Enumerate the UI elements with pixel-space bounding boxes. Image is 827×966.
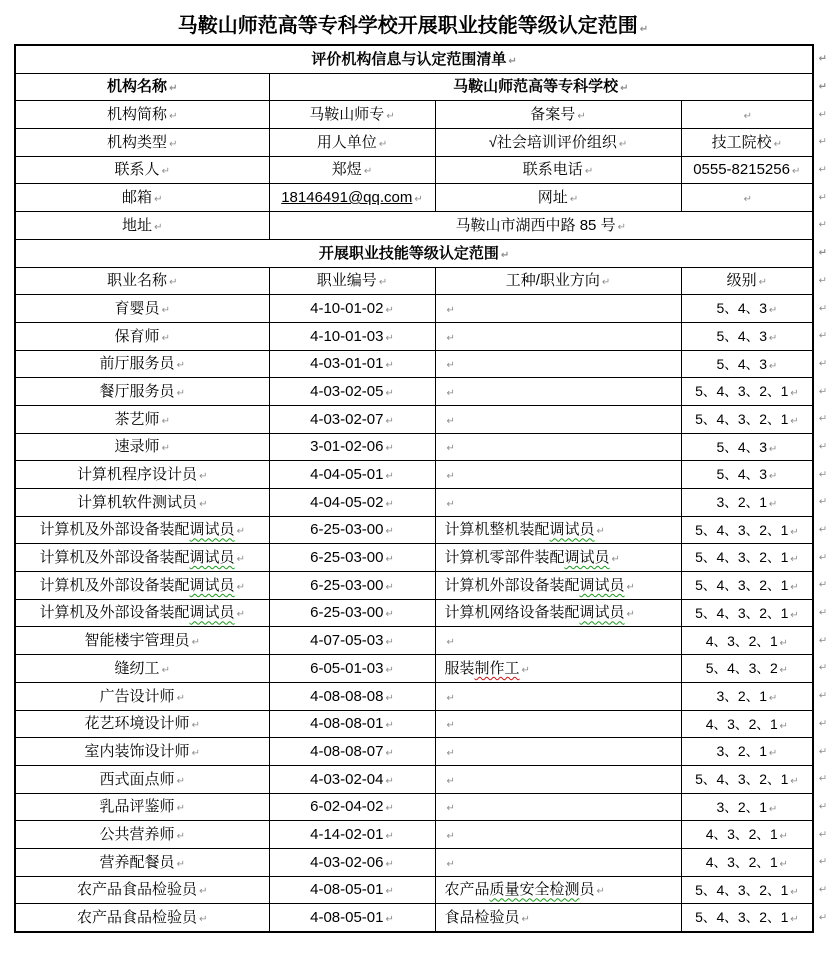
row-end-mark: ↵ [819,607,827,619]
column-header-label: 职业编号 [317,272,377,289]
work-direction-cell: ↵ [435,350,681,378]
paragraph-mark: ↵ [237,582,245,593]
org-name-label: 机构名称 [107,78,167,95]
paragraph-mark: ↵ [386,693,394,704]
occupation-code-cell: 4-04-05-01↵ [269,461,435,489]
column-header-occupation-name: 职业名称↵ [15,267,269,295]
occupation-name-cell: 计算机程序设计员↵ [15,461,269,489]
paragraph-mark: ↵ [447,305,455,316]
paragraph-mark: ↵ [447,416,455,427]
occupation-row: 西式面点师↵4-03-02-04↵↵5、4、3、2、1↵↵ [15,765,813,793]
record-no-label-cell: 备案号↵ [435,101,681,129]
paragraph-mark: ↵ [585,166,593,177]
paragraph-mark: ↵ [386,416,394,427]
work-direction-cell: ↵ [435,738,681,766]
occupation-name-cell: 计算机及外部设备装配调试员↵ [15,599,269,627]
org-type-social-checked: √社会培训评价组织 [489,134,617,151]
paragraph-mark: ↵ [162,443,170,454]
paragraph-mark: ↵ [577,111,585,122]
paragraph-mark: ↵ [379,277,387,288]
org-type-employer: 用人单位 [317,134,377,151]
row-end-mark: ↵ [819,746,827,758]
work-direction-cell: 计算机零部件装配调试员↵ [435,544,681,572]
paragraph-mark: ↵ [790,887,798,898]
occupation-code-cell: 4-03-02-07↵ [269,405,435,433]
org-type-label: 机构类型 [107,134,167,151]
row-end-mark: ↵ [819,912,827,924]
occupation-row: 农产品食品检验员↵4-08-05-01↵食品检验员↵5、4、3、2、1↵↵ [15,904,813,932]
record-no-label: 备案号 [530,106,575,123]
occupation-name-cell: 保育师↵ [15,322,269,350]
occupation-row: 公共营养师↵4-14-02-01↵↵4、3、2、1↵↵ [15,821,813,849]
paragraph-mark: ↵ [447,637,455,648]
paragraph-mark: ↵ [774,139,782,150]
paragraph-mark: ↵ [386,914,394,925]
paragraph-mark: ↵ [386,831,394,842]
paragraph-mark: ↵ [447,803,455,814]
occupation-code-cell: 4-08-05-01↵ [269,904,435,932]
paragraph-mark: ↵ [162,305,170,316]
paragraph-mark: ↵ [744,111,752,122]
occupation-code-cell: 4-08-08-08↵ [269,682,435,710]
paragraph-mark: ↵ [769,748,777,759]
paragraph-mark: ↵ [192,748,200,759]
row-end-mark: ↵ [819,829,827,841]
occupation-row: 保育师↵4-10-01-03↵↵5、4、3↵↵ [15,322,813,350]
occupation-code-cell: 6-25-03-00↵ [269,572,435,600]
occupation-code-cell: 4-07-05-03↵ [269,627,435,655]
spellcheck-underline: 制作工 [475,660,520,677]
org-name-value: 马鞍山师范高等专科学校 [453,78,618,95]
paragraph-mark: ↵ [769,804,777,815]
occupation-row: 计算机及外部设备装配调试员↵6-25-03-00↵计算机整机装配调试员↵5、4、… [15,516,813,544]
grammar-underline: 调试员 [565,549,610,566]
paragraph-mark: ↵ [769,471,777,482]
grammar-underline: 调试员 [550,521,595,538]
level-cell: 3、2、1↵↵ [681,682,813,710]
paragraph-mark: ↵ [790,914,798,925]
email-label: 邮箱 [122,189,152,206]
paragraph-mark: ↵ [169,277,177,288]
paragraph-mark: ↵ [386,886,394,897]
grammar-underline: 调试员 [580,577,625,594]
email-link[interactable]: 18146491@qq.com [281,189,412,206]
paragraph-mark: ↵ [769,361,777,372]
paragraph-mark: ↵ [386,720,394,731]
paragraph-mark: ↵ [780,638,788,649]
paragraph-mark: ↵ [386,443,394,454]
level-cell: 5、4、3、2、1↵↵ [681,904,813,932]
address-value-cell: 马鞍山市湖西中路 85 号↵↵ [269,212,813,240]
paragraph-mark: ↵ [769,333,777,344]
row-end-mark: ↵ [819,414,827,426]
contact-value: 郑煜 [332,161,362,178]
row-end-mark: ↵ [819,580,827,592]
org-type-employer-cell: 用人单位↵ [269,129,435,157]
occupation-name-cell: 缝纫工↵ [15,655,269,683]
occupation-code-cell: 4-08-08-07↵ [269,738,435,766]
occupation-name-cell: 育婴员↵ [15,295,269,323]
paragraph-mark: ↵ [386,776,394,787]
occupation-name-cell: 智能楼宇管理员↵ [15,627,269,655]
paragraph-mark: ↵ [602,277,610,288]
work-direction-cell: ↵ [435,821,681,849]
paragraph-mark: ↵ [386,859,394,870]
level-cell: 3、2、1↵↵ [681,489,813,517]
short-name-value: 马鞍山师专 [309,106,384,123]
occupation-code-cell: 6-25-03-00↵ [269,599,435,627]
paragraph-mark: ↵ [447,360,455,371]
paragraph-mark: ↵ [386,471,394,482]
paragraph-mark: ↵ [759,277,767,288]
row-end-mark: ↵ [819,801,827,813]
occupation-code-cell: 6-25-03-00↵ [269,544,435,572]
row-end-mark: ↵ [819,635,827,647]
row-end-mark: ↵ [819,773,827,785]
paragraph-mark: ↵ [570,194,578,205]
occupation-code-cell: 4-03-01-01↵ [269,350,435,378]
level-cell: 5、4、3、2、1↵↵ [681,876,813,904]
info-section-header: 评价机构信息与认定范围清单 [311,51,506,68]
paragraph-mark: ↵ [386,305,394,316]
work-direction-cell: 服装制作工↵ [435,655,681,683]
occupation-row: 农产品食品检验员↵4-08-05-01↵农产品质量安全检测员↵5、4、3、2、1… [15,876,813,904]
occupation-code-cell: 4-14-02-01↵ [269,821,435,849]
occupation-code-cell: 4-10-01-03↵ [269,322,435,350]
row-end-mark: ↵ [819,137,827,149]
cert-section-header: 开展职业技能等级认定范围 [319,245,499,262]
short-name-value-cell: 马鞍山师专↵ [269,101,435,129]
occupation-code-cell: 6-25-03-00↵ [269,516,435,544]
paragraph-mark: ↵ [769,305,777,316]
address-label: 地址 [122,217,152,234]
paragraph-mark: ↵ [790,582,798,593]
paragraph-mark: ↵ [780,831,788,842]
level-cell: 5、4、3、2、1↵↵ [681,516,813,544]
occupation-row: 计算机及外部设备装配调试员↵6-25-03-00↵计算机零部件装配调试员↵5、4… [15,544,813,572]
paragraph-mark: ↵ [162,665,170,676]
work-direction-cell: 计算机网络设备装配调试员↵ [435,599,681,627]
org-name-label-cell: 机构名称↵ [15,73,269,101]
paragraph-mark: ↵ [177,388,185,399]
paragraph-mark: ↵ [169,111,177,122]
paragraph-mark: ↵ [792,166,800,177]
paragraph-mark: ↵ [177,859,185,870]
record-no-value-cell: ↵↵ [681,101,813,129]
paragraph-mark: ↵ [620,83,628,94]
occupation-name-cell: 室内装饰设计师↵ [15,738,269,766]
paragraph-mark: ↵ [177,360,185,371]
paragraph-mark: ↵ [501,250,509,261]
level-cell: 3、2、1↵↵ [681,793,813,821]
paragraph-mark: ↵ [192,720,200,731]
paragraph-mark: ↵ [790,554,798,565]
paragraph-mark: ↵ [627,609,635,620]
paragraph-mark: ↵ [177,776,185,787]
paragraph-mark: ↵ [237,609,245,620]
paragraph-mark: ↵ [386,111,394,122]
grammar-underline: 调试员 [190,577,235,594]
level-cell: 5、4、3↵↵ [681,295,813,323]
paragraph-mark: ↵ [379,139,387,150]
info-section-header-row: 评价机构信息与认定范围清单↵↵ [15,45,813,73]
row-end-mark: ↵ [819,54,827,66]
work-direction-cell: ↵ [435,405,681,433]
row-end-mark: ↵ [819,524,827,536]
paragraph-mark: ↵ [386,360,394,371]
column-header-label: 级别 [727,272,757,289]
row-end-mark: ↵ [819,663,827,675]
paragraph-mark: ↵ [177,803,185,814]
work-direction-cell: 计算机整机装配调试员↵ [435,516,681,544]
work-direction-cell: ↵ [435,793,681,821]
grammar-underline: 调试员 [580,604,625,621]
org-name-row: 机构名称↵ 马鞍山师范高等专科学校↵↵ [15,73,813,101]
occupation-name-cell: 计算机及外部设备装配调试员↵ [15,544,269,572]
paragraph-mark: ↵ [447,499,455,510]
paragraph-mark: ↵ [612,554,620,565]
paragraph-mark: ↵ [447,776,455,787]
paragraph-mark: ↵ [199,499,207,510]
row-end-mark: ↵ [819,109,827,121]
short-name-label-cell: 机构简称↵ [15,101,269,129]
level-cell: 5、4、3、2、1↵↵ [681,599,813,627]
page-title: 马鞍山师范高等专科学校开展职业技能等级认定范围↵ [14,13,812,39]
paragraph-mark: ↵ [414,194,422,205]
level-cell: 5、4、3、2、1↵↵ [681,544,813,572]
short-name-label: 机构简称 [107,106,167,123]
paragraph-mark: ↵ [386,499,394,510]
occupation-row: 计算机及外部设备装配调试员↵6-25-03-00↵计算机外部设备装配调试员↵5、… [15,572,813,600]
contact-label-cell: 联系人↵ [15,156,269,184]
row-end-mark: ↵ [819,330,827,342]
occupation-row: 茶艺师↵4-03-02-07↵↵5、4、3、2、1↵↵ [15,405,813,433]
work-direction-cell: ↵ [435,378,681,406]
occupation-row: 计算机软件测试员↵4-04-05-02↵↵3、2、1↵↵ [15,489,813,517]
paragraph-mark: ↵ [447,333,455,344]
occupation-code-cell: 4-03-02-06↵ [269,848,435,876]
occupation-code-cell: 4-03-02-05↵ [269,378,435,406]
occupation-row: 前厅服务员↵4-03-01-01↵↵5、4、3↵↵ [15,350,813,378]
paragraph-mark: ↵ [154,194,162,205]
work-direction-cell: ↵ [435,627,681,655]
short-name-row: 机构简称↵ 马鞍山师专↵ 备案号↵ ↵↵ [15,101,813,129]
document-page: 马鞍山师范高等专科学校开展职业技能等级认定范围↵ 评价机构信息与认定范围清单↵↵… [0,0,827,966]
website-label: 网址 [538,189,568,206]
paragraph-mark: ↵ [237,554,245,565]
level-cell: 5、4、3、2↵↵ [681,655,813,683]
org-type-row: 机构类型↵ 用人单位↵ √社会培训评价组织↵ 技工院校↵↵ [15,129,813,157]
paragraph-mark: ↵ [154,222,162,233]
paragraph-mark: ↵ [386,526,394,537]
cert-section-header-cell: 开展职业技能等级认定范围↵↵ [15,239,813,267]
row-end-mark: ↵ [819,247,827,259]
occupation-row: 乳品评鉴师↵6-02-04-02↵↵3、2、1↵↵ [15,793,813,821]
org-type-label-cell: 机构类型↵ [15,129,269,157]
occupation-code-cell: 4-04-05-02↵ [269,489,435,517]
level-cell: 5、4、3、2、1↵↵ [681,405,813,433]
occupation-name-cell: 广告设计师↵ [15,682,269,710]
occupation-row: 缝纫工↵6-05-01-03↵服装制作工↵5、4、3、2↵↵ [15,655,813,683]
paragraph-mark: ↵ [447,748,455,759]
level-cell: 5、4、3↵↵ [681,350,813,378]
org-type-social-cell: √社会培训评价组织↵ [435,129,681,157]
occupation-name-cell: 计算机及外部设备装配调试员↵ [15,572,269,600]
paragraph-mark: ↵ [237,526,245,537]
work-direction-cell: ↵ [435,461,681,489]
paragraph-mark: ↵ [769,499,777,510]
occupation-name-cell: 花艺环境设计师↵ [15,710,269,738]
paragraph-mark: ↵ [386,554,394,565]
paragraph-mark: ↵ [447,443,455,454]
occupation-name-cell: 乳品评鉴师↵ [15,793,269,821]
org-name-value-cell: 马鞍山师范高等专科学校↵↵ [269,73,813,101]
row-end-mark: ↵ [819,358,827,370]
work-direction-cell: 食品检验员↵ [435,904,681,932]
row-end-mark: ↵ [819,303,827,315]
paragraph-mark: ↵ [447,388,455,399]
occupation-name-cell: 前厅服务员↵ [15,350,269,378]
column-header-occupation-code: 职业编号↵ [269,267,435,295]
work-direction-cell: ↵ [435,295,681,323]
email-label-cell: 邮箱↵ [15,184,269,212]
row-end-mark: ↵ [819,497,827,509]
occupation-name-cell: 农产品食品检验员↵ [15,904,269,932]
paragraph-mark: ↵ [386,388,394,399]
row-end-mark: ↵ [819,552,827,564]
column-header-work-direction: 工种/职业方向↵ [435,267,681,295]
paragraph-mark: ↵ [177,831,185,842]
occupation-name-cell: 公共营养师↵ [15,821,269,849]
website-label-cell: 网址↵ [435,184,681,212]
occupation-name-cell: 农产品食品检验员↵ [15,876,269,904]
level-cell: 5、4、3↵↵ [681,433,813,461]
paragraph-mark: ↵ [522,914,530,925]
occupation-code-cell: 4-10-01-02↵ [269,295,435,323]
paragraph-mark: ↵ [780,665,788,676]
occupation-code-cell: 4-08-08-01↵ [269,710,435,738]
paragraph-mark: ↵ [386,333,394,344]
org-type-school: 技工院校 [712,134,772,151]
grammar-underline: 调试员 [190,549,235,566]
level-cell: 5、4、3↵↵ [681,322,813,350]
occupation-row: 计算机程序设计员↵4-04-05-01↵↵5、4、3↵↵ [15,461,813,489]
work-direction-cell: ↵ [435,765,681,793]
occupation-name-cell: 茶艺师↵ [15,405,269,433]
paragraph-mark: ↵ [640,24,648,35]
address-value: 马鞍山市湖西中路 85 号 [456,217,616,234]
paragraph-mark: ↵ [627,582,635,593]
row-end-mark: ↵ [819,441,827,453]
row-end-mark: ↵ [819,275,827,287]
paragraph-mark: ↵ [597,886,605,897]
level-cell: 3、2、1↵↵ [681,738,813,766]
occupation-name-cell: 西式面点师↵ [15,765,269,793]
phone-value-cell: 0555-8215256↵↵ [681,156,813,184]
level-cell: 5、4、3、2、1↵↵ [681,378,813,406]
occupation-code-cell: 6-05-01-03↵ [269,655,435,683]
paragraph-mark: ↵ [790,388,798,399]
paragraph-mark: ↵ [790,610,798,621]
paragraph-mark: ↵ [199,914,207,925]
row-end-mark: ↵ [819,386,827,398]
paragraph-mark: ↵ [199,471,207,482]
occupation-row: 花艺环境设计师↵4-08-08-01↵↵4、3、2、1↵↵ [15,710,813,738]
paragraph-mark: ↵ [744,194,752,205]
work-direction-cell: 计算机外部设备装配调试员↵ [435,572,681,600]
column-header-level: 级别↵↵ [681,267,813,295]
paragraph-mark: ↵ [169,139,177,150]
paragraph-mark: ↵ [386,609,394,620]
address-label-cell: 地址↵ [15,212,269,240]
paragraph-mark: ↵ [386,803,394,814]
paragraph-mark: ↵ [769,444,777,455]
occupation-name-cell: 计算机及外部设备装配调试员↵ [15,516,269,544]
grammar-underline: 调试员 [190,521,235,538]
paragraph-mark: ↵ [162,166,170,177]
contact-row: 联系人↵ 郑煜↵ 联系电话↵ 0555-8215256↵↵ [15,156,813,184]
level-cell: 4、3、2、1↵↵ [681,627,813,655]
column-header-label: 工种/职业方向 [506,272,600,289]
address-row: 地址↵ 马鞍山市湖西中路 85 号↵↵ [15,212,813,240]
row-end-mark: ↵ [819,469,827,481]
paragraph-mark: ↵ [162,333,170,344]
level-cell: 5、4、3↵↵ [681,461,813,489]
row-end-mark: ↵ [819,718,827,730]
paragraph-mark: ↵ [364,166,372,177]
occupation-row: 餐厅服务员↵4-03-02-05↵↵5、4、3、2、1↵↵ [15,378,813,406]
paragraph-mark: ↵ [192,637,200,648]
paragraph-mark: ↵ [386,582,394,593]
paragraph-mark: ↵ [508,56,516,67]
phone-value: 0555-8215256 [693,161,790,178]
row-end-mark: ↵ [819,857,827,869]
work-direction-cell: 农产品质量安全检测员↵ [435,876,681,904]
occupation-name-cell: 营养配餐员↵ [15,848,269,876]
paragraph-mark: ↵ [790,776,798,787]
level-cell: 5、4、3、2、1↵↵ [681,572,813,600]
occupation-code-cell: 4-08-05-01↵ [269,876,435,904]
paragraph-mark: ↵ [386,665,394,676]
paragraph-mark: ↵ [597,526,605,537]
phone-label-cell: 联系电话↵ [435,156,681,184]
paragraph-mark: ↵ [447,471,455,482]
paragraph-mark: ↵ [618,222,626,233]
paragraph-mark: ↵ [769,693,777,704]
paragraph-mark: ↵ [619,139,627,150]
phone-label: 联系电话 [523,161,583,178]
work-direction-cell: ↵ [435,433,681,461]
paragraph-mark: ↵ [177,693,185,704]
paragraph-mark: ↵ [386,637,394,648]
occupation-name-cell: 计算机软件测试员↵ [15,489,269,517]
paragraph-mark: ↵ [790,527,798,538]
grammar-underline: 调试员 [190,604,235,621]
paragraph-mark: ↵ [386,748,394,759]
certification-table: 评价机构信息与认定范围清单↵↵ 机构名称↵ 马鞍山师范高等专科学校↵↵ 机构简称… [14,44,814,933]
level-cell: 4、3、2、1↵↵ [681,848,813,876]
paragraph-mark: ↵ [447,859,455,870]
work-direction-cell: ↵ [435,848,681,876]
org-type-school-cell: 技工院校↵↵ [681,129,813,157]
page-title-text: 马鞍山师范高等专科学校开展职业技能等级认定范围 [178,15,638,37]
paragraph-mark: ↵ [447,720,455,731]
work-direction-cell: ↵ [435,489,681,517]
occupation-row: 广告设计师↵4-08-08-08↵↵3、2、1↵↵ [15,682,813,710]
row-end-mark: ↵ [819,690,827,702]
paragraph-mark: ↵ [780,859,788,870]
occupation-row: 智能楼宇管理员↵4-07-05-03↵↵4、3、2、1↵↵ [15,627,813,655]
